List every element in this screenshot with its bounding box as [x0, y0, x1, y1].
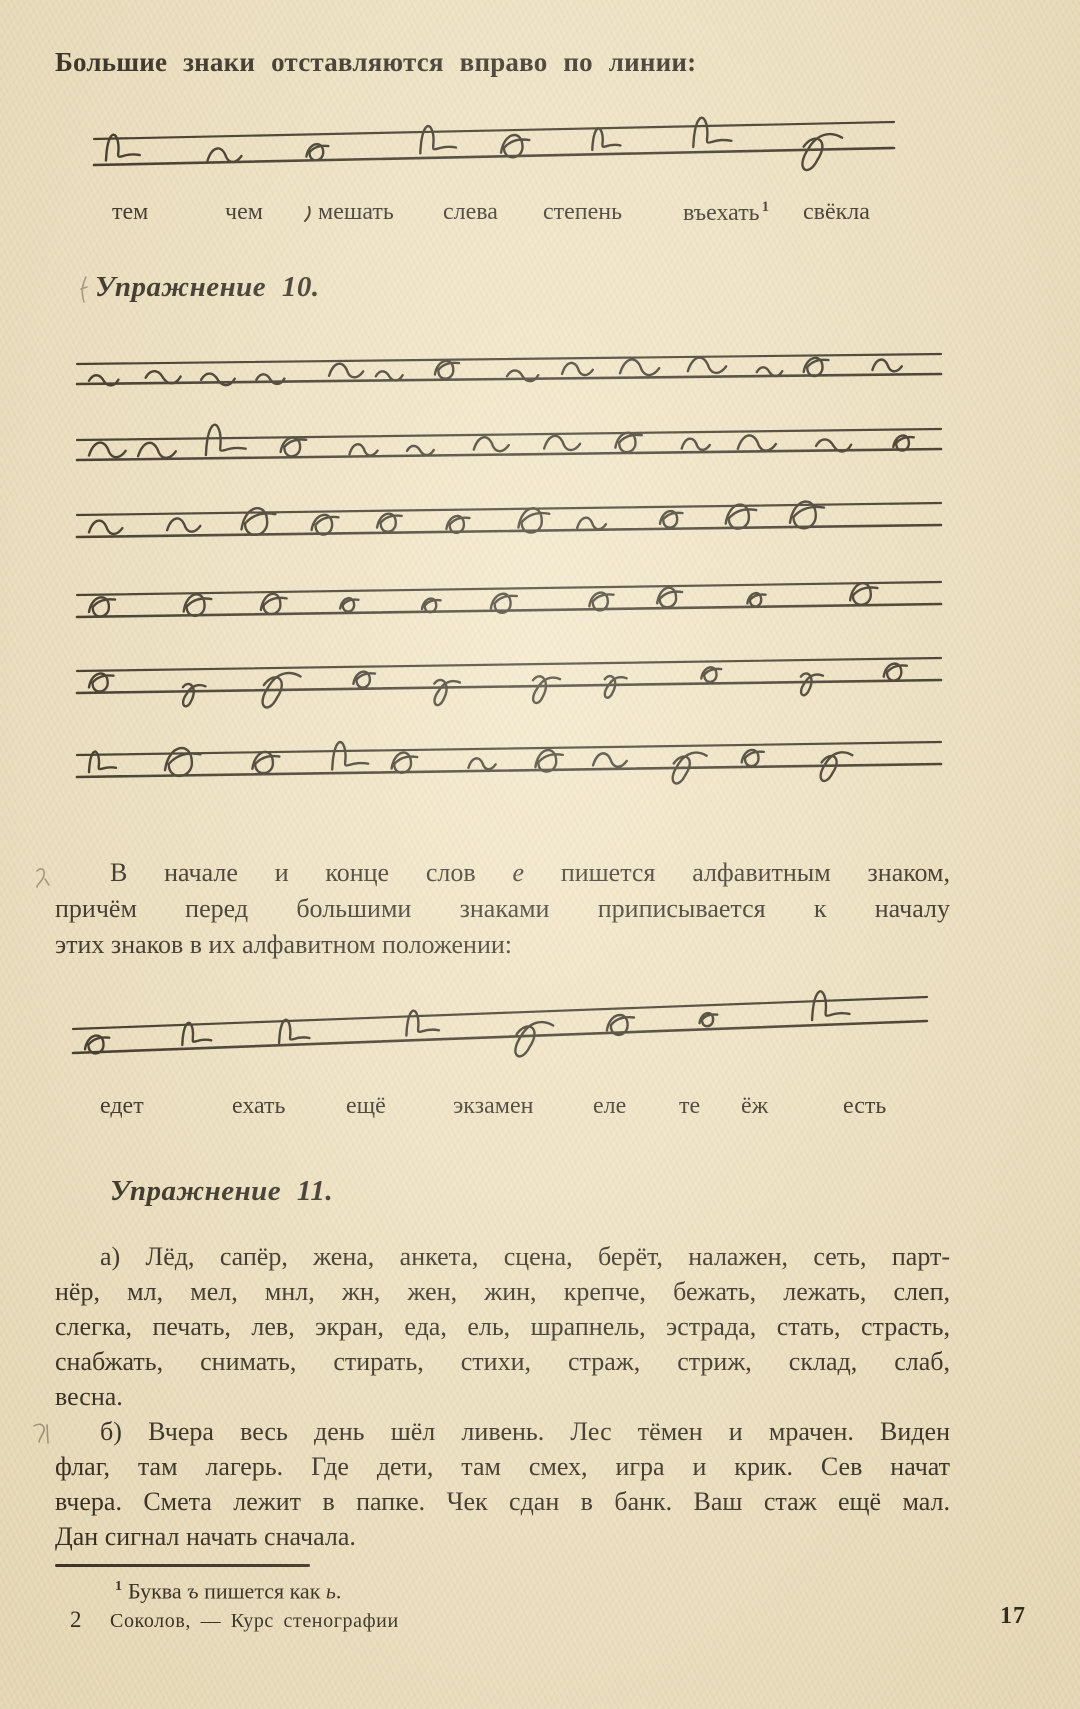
shorthand-line	[75, 721, 950, 803]
signature-number: 2	[70, 1607, 82, 1633]
caption-word: есть	[843, 1093, 886, 1120]
paragraph-line: вчера. Смета лежит в папке. Чек сдан в б…	[55, 1484, 950, 1519]
paragraph-line: причём перед большими знаками приписывае…	[55, 891, 950, 927]
shorthand-line	[75, 329, 950, 403]
caption-word: ещё	[346, 1093, 386, 1120]
paragraph-line: нёр, мл, мел, мнл, жн, жен, жин, крепче,…	[55, 1274, 950, 1309]
caption-word: ехать	[232, 1093, 285, 1120]
paragraph-line: весна.	[55, 1379, 950, 1414]
rule-paragraph: В начале и конце слов е пишется алфавитн…	[55, 855, 950, 963]
italic-letter-e: е	[512, 858, 524, 887]
caption-word: тем	[112, 199, 148, 226]
caption-word: мешать	[318, 199, 394, 226]
caption-word: свёкла	[803, 199, 870, 226]
exercise-11-title: Упражнение 11.	[55, 1173, 950, 1209]
caption-word: ёж	[741, 1093, 768, 1120]
caption-word: едет	[100, 1093, 144, 1120]
caption-words-row-1: тем чем мешать слева степень въехать1 св…	[55, 199, 950, 233]
lead-heading: Большие знаки отставляются вправо по лин…	[55, 45, 950, 79]
exercise-10-shorthand-block	[55, 329, 950, 803]
page-footer: 2 Соколов, — Курс стенографии 17	[55, 1609, 950, 1639]
italic-letter-soft-sign: ь	[326, 1578, 336, 1603]
caption-word: въехать1	[683, 199, 769, 227]
paragraph-line: флаг, там лагерь. Где дети, там смех, иг…	[55, 1449, 950, 1484]
caption-words-row-2: едет ехать ещё экзамен еле те ёж есть	[55, 1093, 950, 1127]
footnote-number: 1	[115, 1579, 122, 1594]
footnote-divider	[55, 1564, 310, 1567]
shorthand-line-e-examples	[67, 979, 939, 1087]
exercise-11-item-b: б) Вчера весь день шёл ливень. Лес тёмен…	[55, 1414, 950, 1554]
paragraph-line: этих знаков в их алфавитном положении:	[55, 927, 950, 963]
footnote: 1Буква ъ пишется как ь.	[55, 1573, 950, 1605]
book-page: Большие знаки отставляются вправо по лин…	[0, 0, 1080, 1639]
pencil-margin-mark	[33, 865, 51, 891]
pencil-mark	[77, 275, 91, 305]
caption-word: чем	[225, 199, 263, 226]
caption-word: экзамен	[453, 1093, 533, 1120]
caption-word: еле	[593, 1093, 626, 1120]
shorthand-line	[75, 403, 950, 479]
paragraph-line: а) Лёд, сапёр, жена, анкета, сцена, берё…	[55, 1239, 950, 1274]
caption-word: те	[679, 1093, 700, 1120]
footnote-reference: 1	[762, 199, 770, 215]
paragraph-line: б) Вчера весь день шёл ливень. Лес тёмен…	[55, 1414, 950, 1449]
paragraph-line: слегка, печать, лев, экран, еда, ель, шр…	[55, 1309, 950, 1344]
italic-letter-hard-sign: ъ	[187, 1578, 198, 1603]
paragraph-line: снабжать, снимать, стирать, стихи, страж…	[55, 1344, 950, 1379]
shorthand-line	[75, 479, 950, 559]
page-number: 17	[1000, 1603, 1026, 1630]
shorthand-line-intro	[80, 93, 915, 193]
pencil-margin-mark	[31, 1420, 51, 1448]
steno-comma-mark	[303, 205, 313, 223]
caption-word: степень	[543, 199, 622, 226]
signature-text: Соколов, — Курс стенографии	[110, 1610, 399, 1633]
caption-word: слева	[443, 199, 498, 226]
shorthand-line	[75, 639, 950, 721]
paragraph-line: В начале и конце слов е пишется алфавитн…	[55, 855, 950, 891]
shorthand-line	[75, 559, 950, 639]
exercise-10-title: Упражнение 10.	[55, 269, 950, 305]
exercise-11-item-a: а) Лёд, сапёр, жена, анкета, сцена, берё…	[55, 1239, 950, 1414]
paragraph-line: Дан сигнал начать сначала.	[55, 1519, 950, 1554]
